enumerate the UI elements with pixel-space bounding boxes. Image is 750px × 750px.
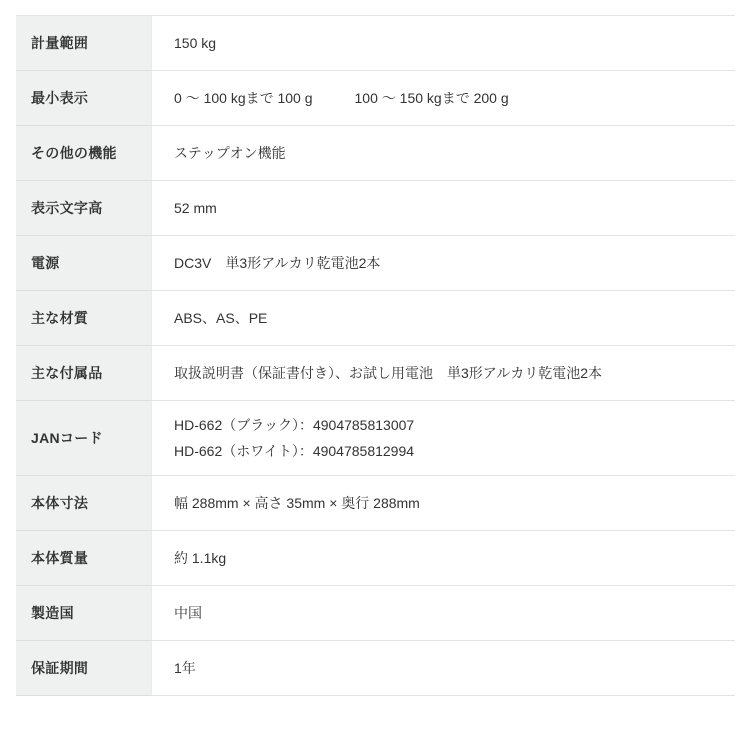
spec-value-minimum-display: 0 〜 100 kgまで 100 g 100 〜 150 kgまで 200 g <box>152 71 735 126</box>
table-row: 表示文字高 52 mm <box>16 181 735 236</box>
spec-label-jan-code: JANコード <box>16 401 152 476</box>
spec-label-weighing-range: 計量範囲 <box>16 16 152 71</box>
table-row: 製造国 中国 <box>16 586 735 641</box>
spec-value-country-of-manufacture: 中国 <box>152 586 735 641</box>
table-row: 主な材質 ABS、AS、PE <box>16 291 735 346</box>
table-row: その他の機能 ステップオン機能 <box>16 126 735 181</box>
spec-label-country-of-manufacture: 製造国 <box>16 586 152 641</box>
spec-value-text: 0 〜 100 kgまで 100 g 100 〜 150 kgまで 200 g <box>174 85 725 111</box>
spec-value-body-dimensions: 幅 288mm × 高さ 35mm × 奥行 288mm <box>152 476 735 531</box>
spec-value-text: 約 1.1kg <box>174 545 725 571</box>
table-row: 保証期間 1年 <box>16 641 735 696</box>
spec-label-body-weight: 本体質量 <box>16 531 152 586</box>
table-row: 本体寸法 幅 288mm × 高さ 35mm × 奥行 288mm <box>16 476 735 531</box>
spec-value-other-functions: ステップオン機能 <box>152 126 735 181</box>
spec-value-body-weight: 約 1.1kg <box>152 531 735 586</box>
spec-value-main-materials: ABS、AS、PE <box>152 291 735 346</box>
table-row: 最小表示 0 〜 100 kgまで 100 g 100 〜 150 kgまで 2… <box>16 71 735 126</box>
table-row: 電源 DC3V 単3形アルカリ乾電池2本 <box>16 236 735 291</box>
spec-value-text: 幅 288mm × 高さ 35mm × 奥行 288mm <box>174 490 725 516</box>
spec-value-weighing-range: 150 kg <box>152 16 735 71</box>
spec-value-text: 1年 <box>174 655 725 681</box>
table-row: 本体質量 約 1.1kg <box>16 531 735 586</box>
spec-value-warranty-period: 1年 <box>152 641 735 696</box>
spec-value-text: 中国 <box>174 600 725 626</box>
spec-value-text: 150 kg <box>174 30 725 56</box>
spec-value-power-source: DC3V 単3形アルカリ乾電池2本 <box>152 236 735 291</box>
spec-value-text: ABS、AS、PE <box>174 305 725 331</box>
spec-label-power-source: 電源 <box>16 236 152 291</box>
spec-label-main-accessories: 主な付属品 <box>16 346 152 401</box>
spec-table: 計量範囲 150 kg 最小表示 0 〜 100 kgまで 100 g 100 … <box>16 15 735 696</box>
table-row: 主な付属品 取扱説明書（保証書付き）、お試し用電池 単3形アルカリ乾電池2本 <box>16 346 735 401</box>
spec-value-text: HD-662（ブラック）：4904785813007 HD-662（ホワイト）：… <box>174 412 725 464</box>
spec-value-text: DC3V 単3形アルカリ乾電池2本 <box>174 250 725 276</box>
table-row: JANコード HD-662（ブラック）：4904785813007 HD-662… <box>16 401 735 476</box>
spec-label-body-dimensions: 本体寸法 <box>16 476 152 531</box>
spec-label-minimum-display: 最小表示 <box>16 71 152 126</box>
spec-label-warranty-period: 保証期間 <box>16 641 152 696</box>
spec-value-text: 取扱説明書（保証書付き）、お試し用電池 単3形アルカリ乾電池2本 <box>174 360 725 386</box>
product-spec-page: 計量範囲 150 kg 最小表示 0 〜 100 kgまで 100 g 100 … <box>0 0 750 750</box>
spec-label-other-functions: その他の機能 <box>16 126 152 181</box>
spec-label-main-materials: 主な材質 <box>16 291 152 346</box>
table-row: 計量範囲 150 kg <box>16 16 735 71</box>
spec-label-digit-height: 表示文字高 <box>16 181 152 236</box>
spec-value-main-accessories: 取扱説明書（保証書付き）、お試し用電池 単3形アルカリ乾電池2本 <box>152 346 735 401</box>
spec-value-jan-code: HD-662（ブラック）：4904785813007 HD-662（ホワイト）：… <box>152 401 735 476</box>
spec-value-text: 52 mm <box>174 195 725 221</box>
spec-value-digit-height: 52 mm <box>152 181 735 236</box>
spec-value-text: ステップオン機能 <box>174 140 725 166</box>
